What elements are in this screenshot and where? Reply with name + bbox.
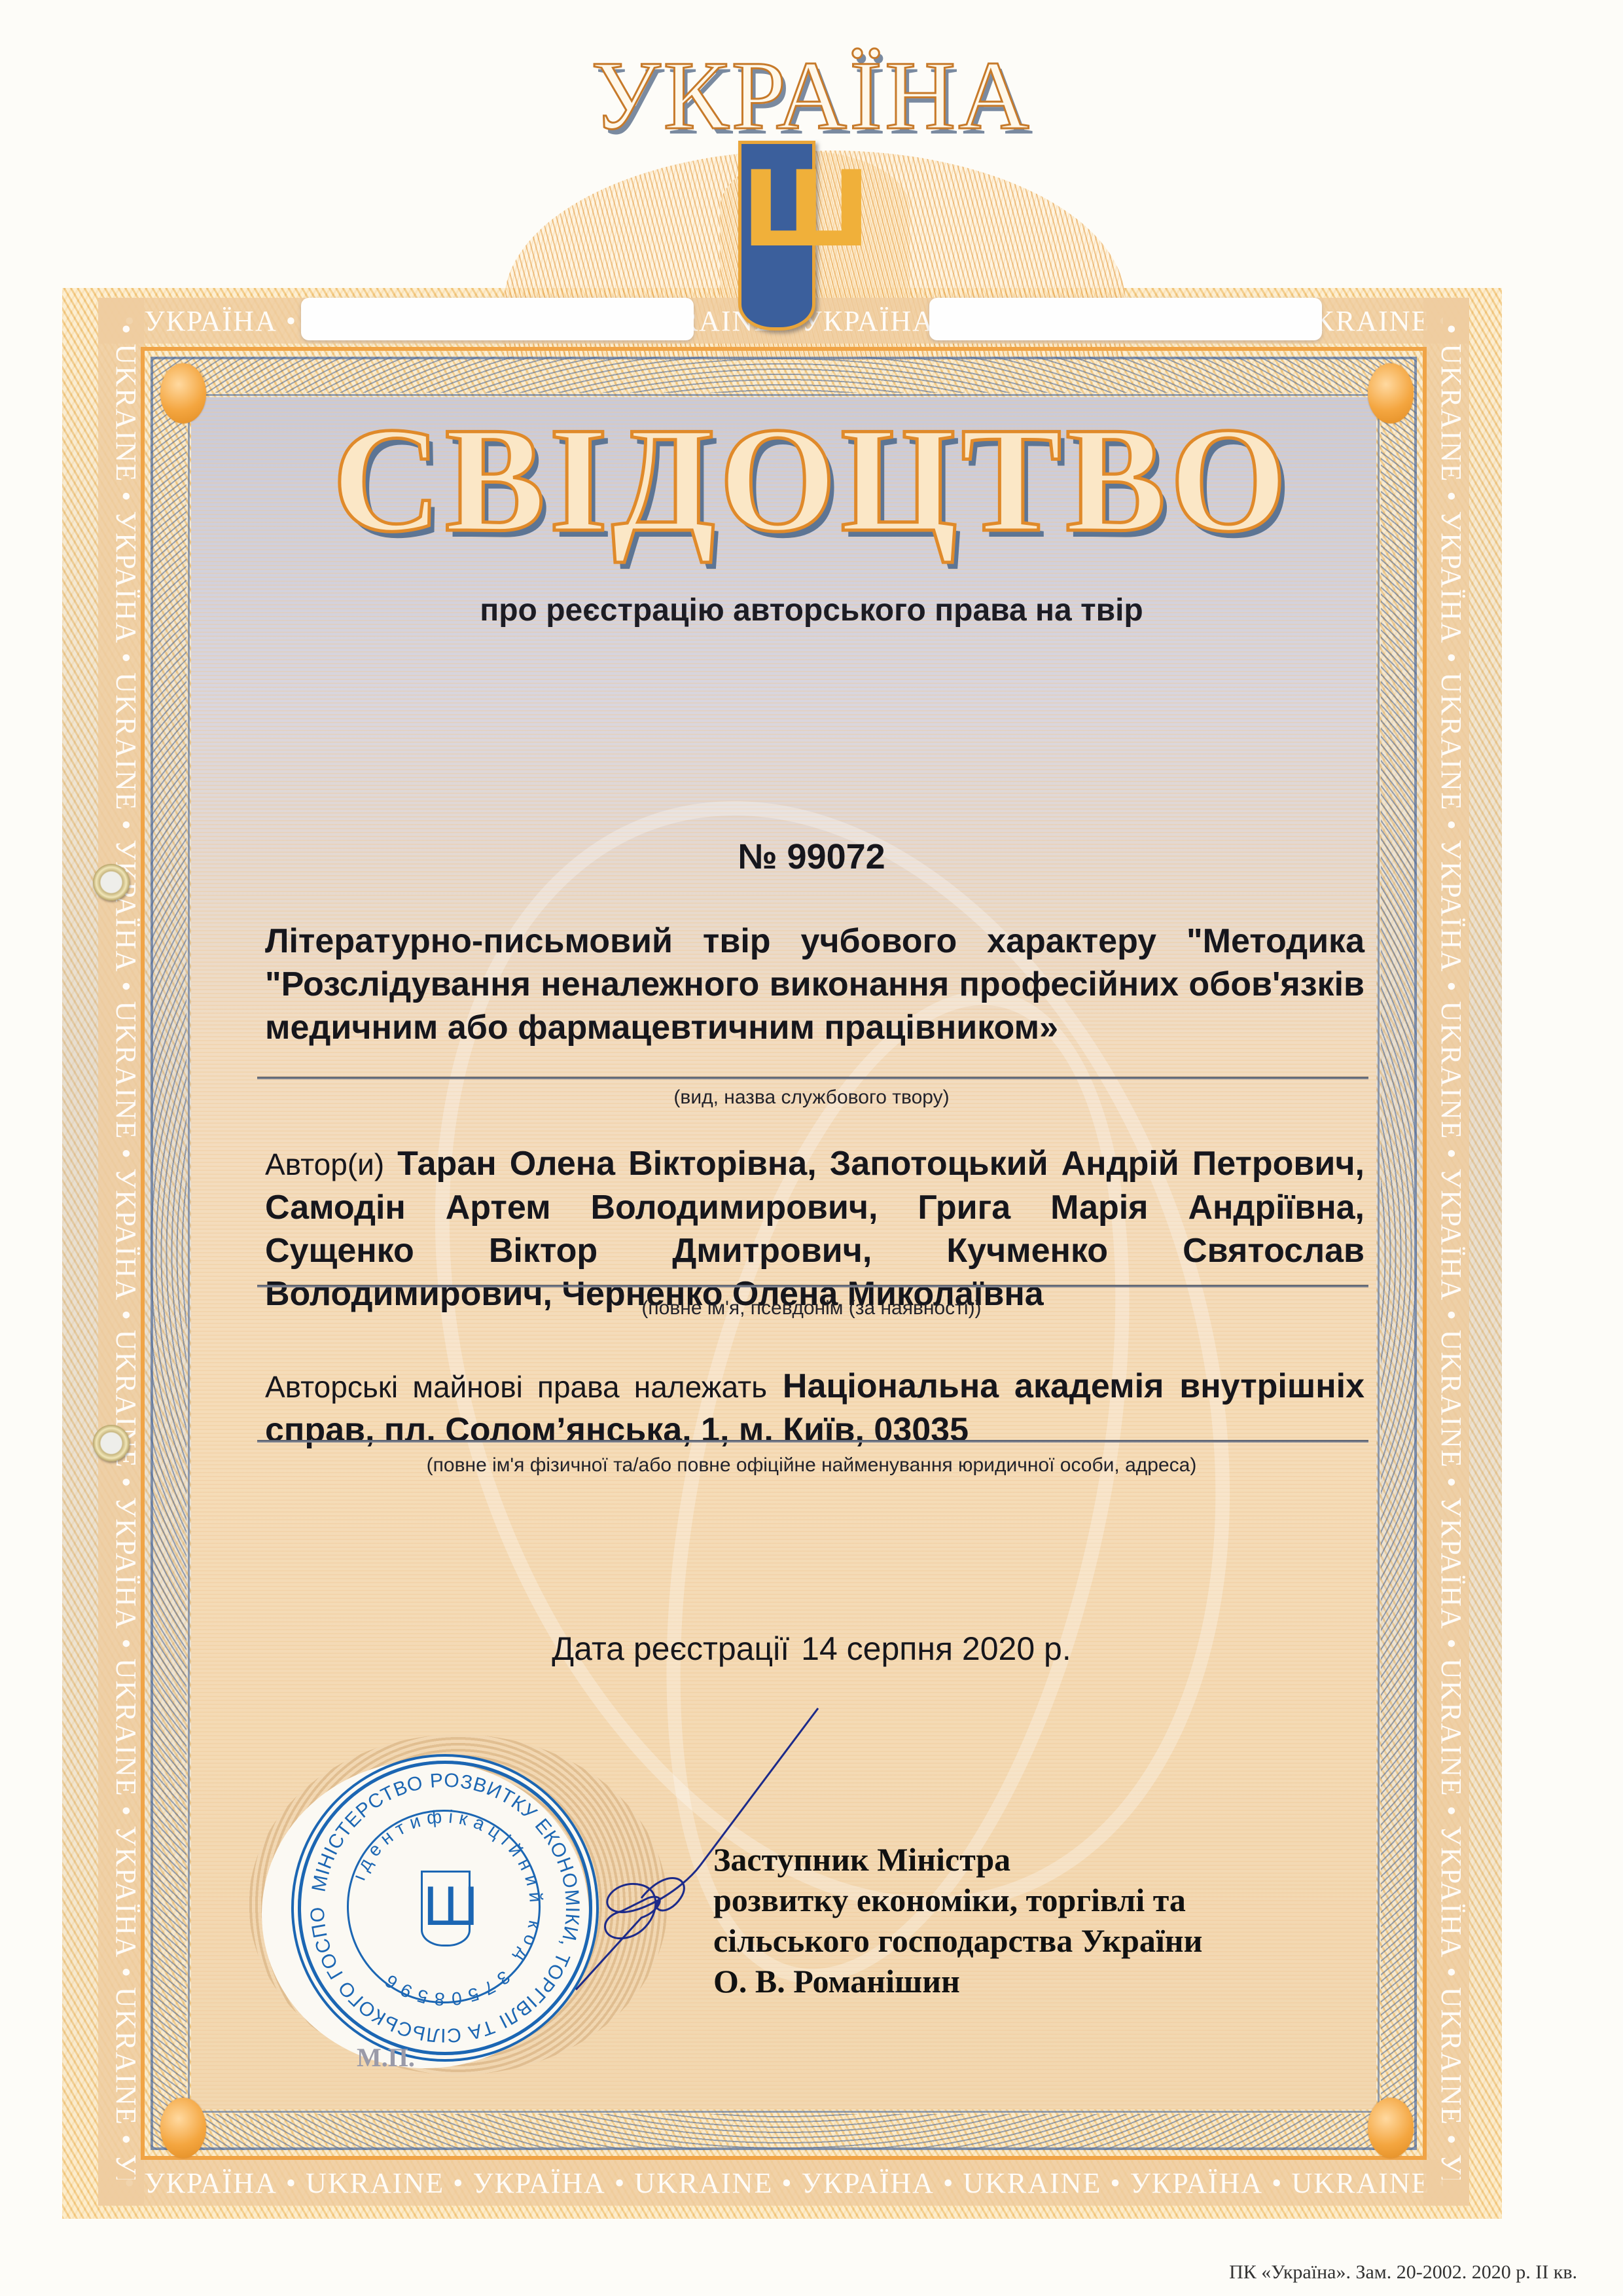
field-underline [257,1077,1368,1079]
header-plate-right [929,298,1322,340]
stamp-place-label: М.П. [357,2042,415,2073]
frame-band-text: • УКРАЇНА • UKRAINE • УКРАЇНА • UKRAINE … [124,2166,1443,2200]
stamp-inner-ring: Ш [347,1810,541,2003]
binding-eyelet [93,864,130,901]
certificate-subtitle: про реєстрацію авторського права на твір [0,592,1623,628]
date-label: Дата реєстрації [552,1630,789,1667]
printer-imprint: ПК «Україна». Зам. 20-2002. 2020 р. II к… [1229,2261,1577,2284]
corner-ornament-icon [160,2098,206,2158]
authors-caption: (повне ім'я, псевдонім (за наявності)) [0,1297,1623,1319]
certificate-title: СВІДОЦТВО [0,393,1623,566]
signatory-position-line: розвитку економіки, торгівлі та [713,1880,1202,1920]
signatory-position-line: сільського господарства України [713,1920,1202,1961]
tryzub-icon: Ш [741,157,812,262]
authors-field: Автор(и)Таран Олена Вікторівна, Запотоць… [265,1142,1364,1316]
binding-eyelet [93,1425,130,1462]
work-title-caption: (вид, назва службового твору) [0,1086,1623,1109]
signatory-block: Заступник Міністра розвитку економіки, т… [713,1839,1202,2001]
rights-owner-field: Авторські майнові права належать Націона… [265,1365,1364,1452]
signatory-name: О. В. Романішин [713,1961,1202,2001]
frame-band-left: • UKRAINE • УКРАЇНА • UKRAINE • УКРАЇНА … [98,298,144,2206]
country-title: УКРАЇНА [0,39,1623,152]
tryzub-icon: Ш [421,1871,471,1946]
work-title: Літературно-письмовий твір учбового хара… [265,920,1364,1049]
authors-value: Таран Олена Вікторівна, Запотоцький Андр… [265,1145,1364,1313]
owner-caption: (повне ім'я фізичної та/або повне офіцій… [0,1454,1623,1477]
coat-of-arms: Ш [738,141,815,331]
field-underline [257,1440,1368,1443]
frame-band-right: • UKRAINE • УКРАЇНА • UKRAINE • УКРАЇНА … [1423,298,1469,2206]
registration-date: Дата реєстрації14 серпня 2020 р. [0,1630,1623,1668]
owner-label: Авторські майнові права належать [265,1370,767,1404]
signatory-position-line: Заступник Міністра [713,1839,1202,1880]
authors-label: Автор(и) [265,1147,384,1181]
corner-ornament-icon [1368,2098,1414,2158]
frame-band-bottom: • УКРАЇНА • UKRAINE • УКРАЇНА • UKRAINE … [98,2160,1469,2206]
header-plate-left [301,298,694,340]
field-underline [257,1285,1368,1287]
date-value: 14 серпня 2020 р. [801,1630,1071,1667]
registration-number: № 99072 [0,836,1623,877]
